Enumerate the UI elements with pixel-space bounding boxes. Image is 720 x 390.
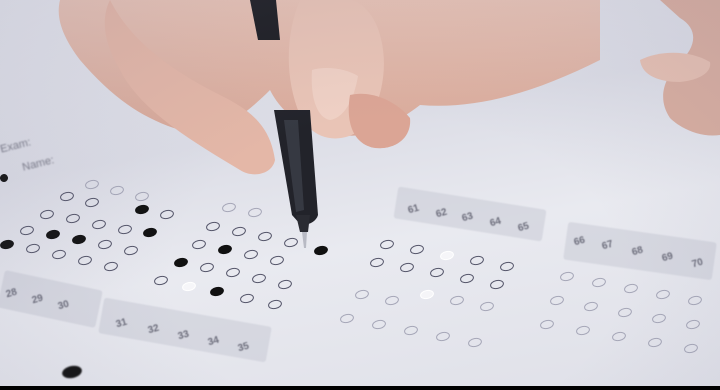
letterbox-bar <box>0 386 720 390</box>
vignette-overlay <box>0 0 720 390</box>
answer-sheet-photo: Exam: Name: 28 29 30 31 32 33 34 35 61 6… <box>0 0 720 390</box>
